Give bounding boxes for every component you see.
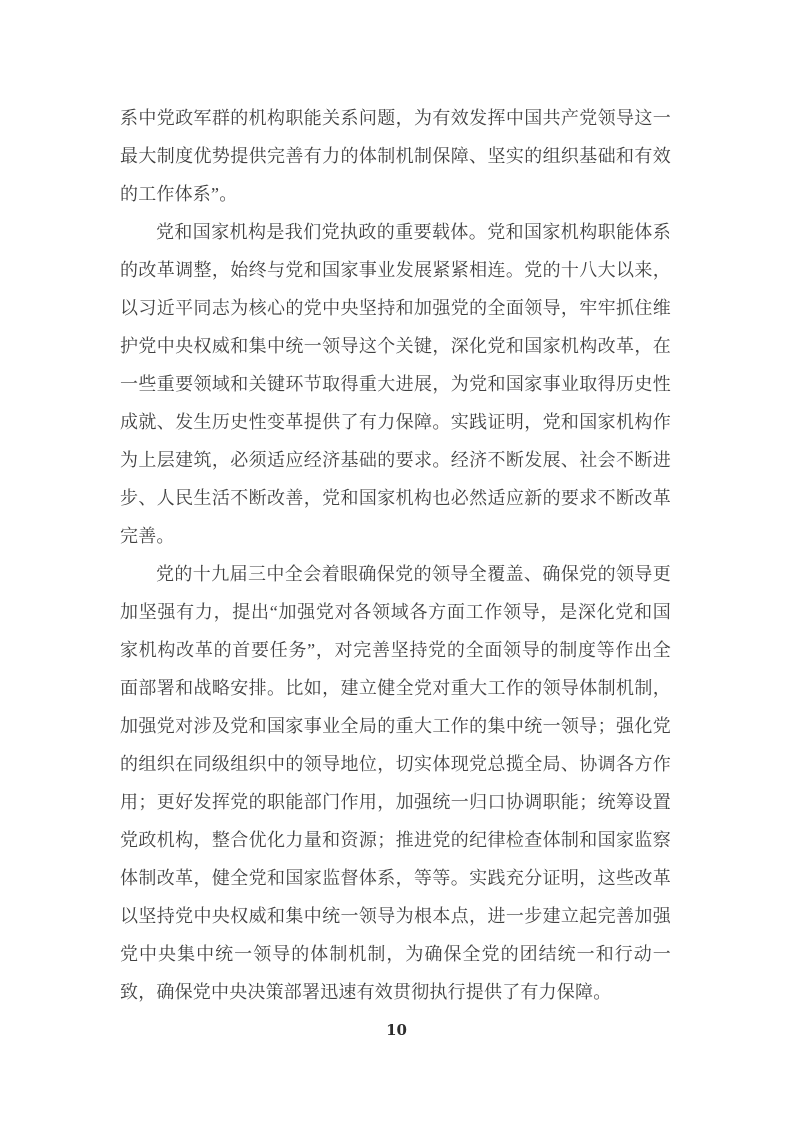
paragraph-body-2: 党的十九届三中全会着眼确保党的领导全覆盖、确保党的领导更加坚强有力，提出“加强党…: [120, 555, 671, 1011]
paragraph-continuation: 系中党政军群的机构职能关系问题，为有效发挥中国共产党领导这一最大制度优势提供完善…: [120, 99, 671, 213]
body-text: 系中党政军群的机构职能关系问题，为有效发挥中国共产党领导这一最大制度优势提供完善…: [120, 99, 671, 1011]
document-page: 系中党政军群的机构职能关系问题，为有效发挥中国共产党领导这一最大制度优势提供完善…: [0, 0, 793, 1122]
paragraph-body-1: 党和国家机构是我们党执政的重要载体。党和国家机构职能体系的改革调整，始终与党和国…: [120, 213, 671, 555]
page-number: 10: [0, 1021, 793, 1039]
